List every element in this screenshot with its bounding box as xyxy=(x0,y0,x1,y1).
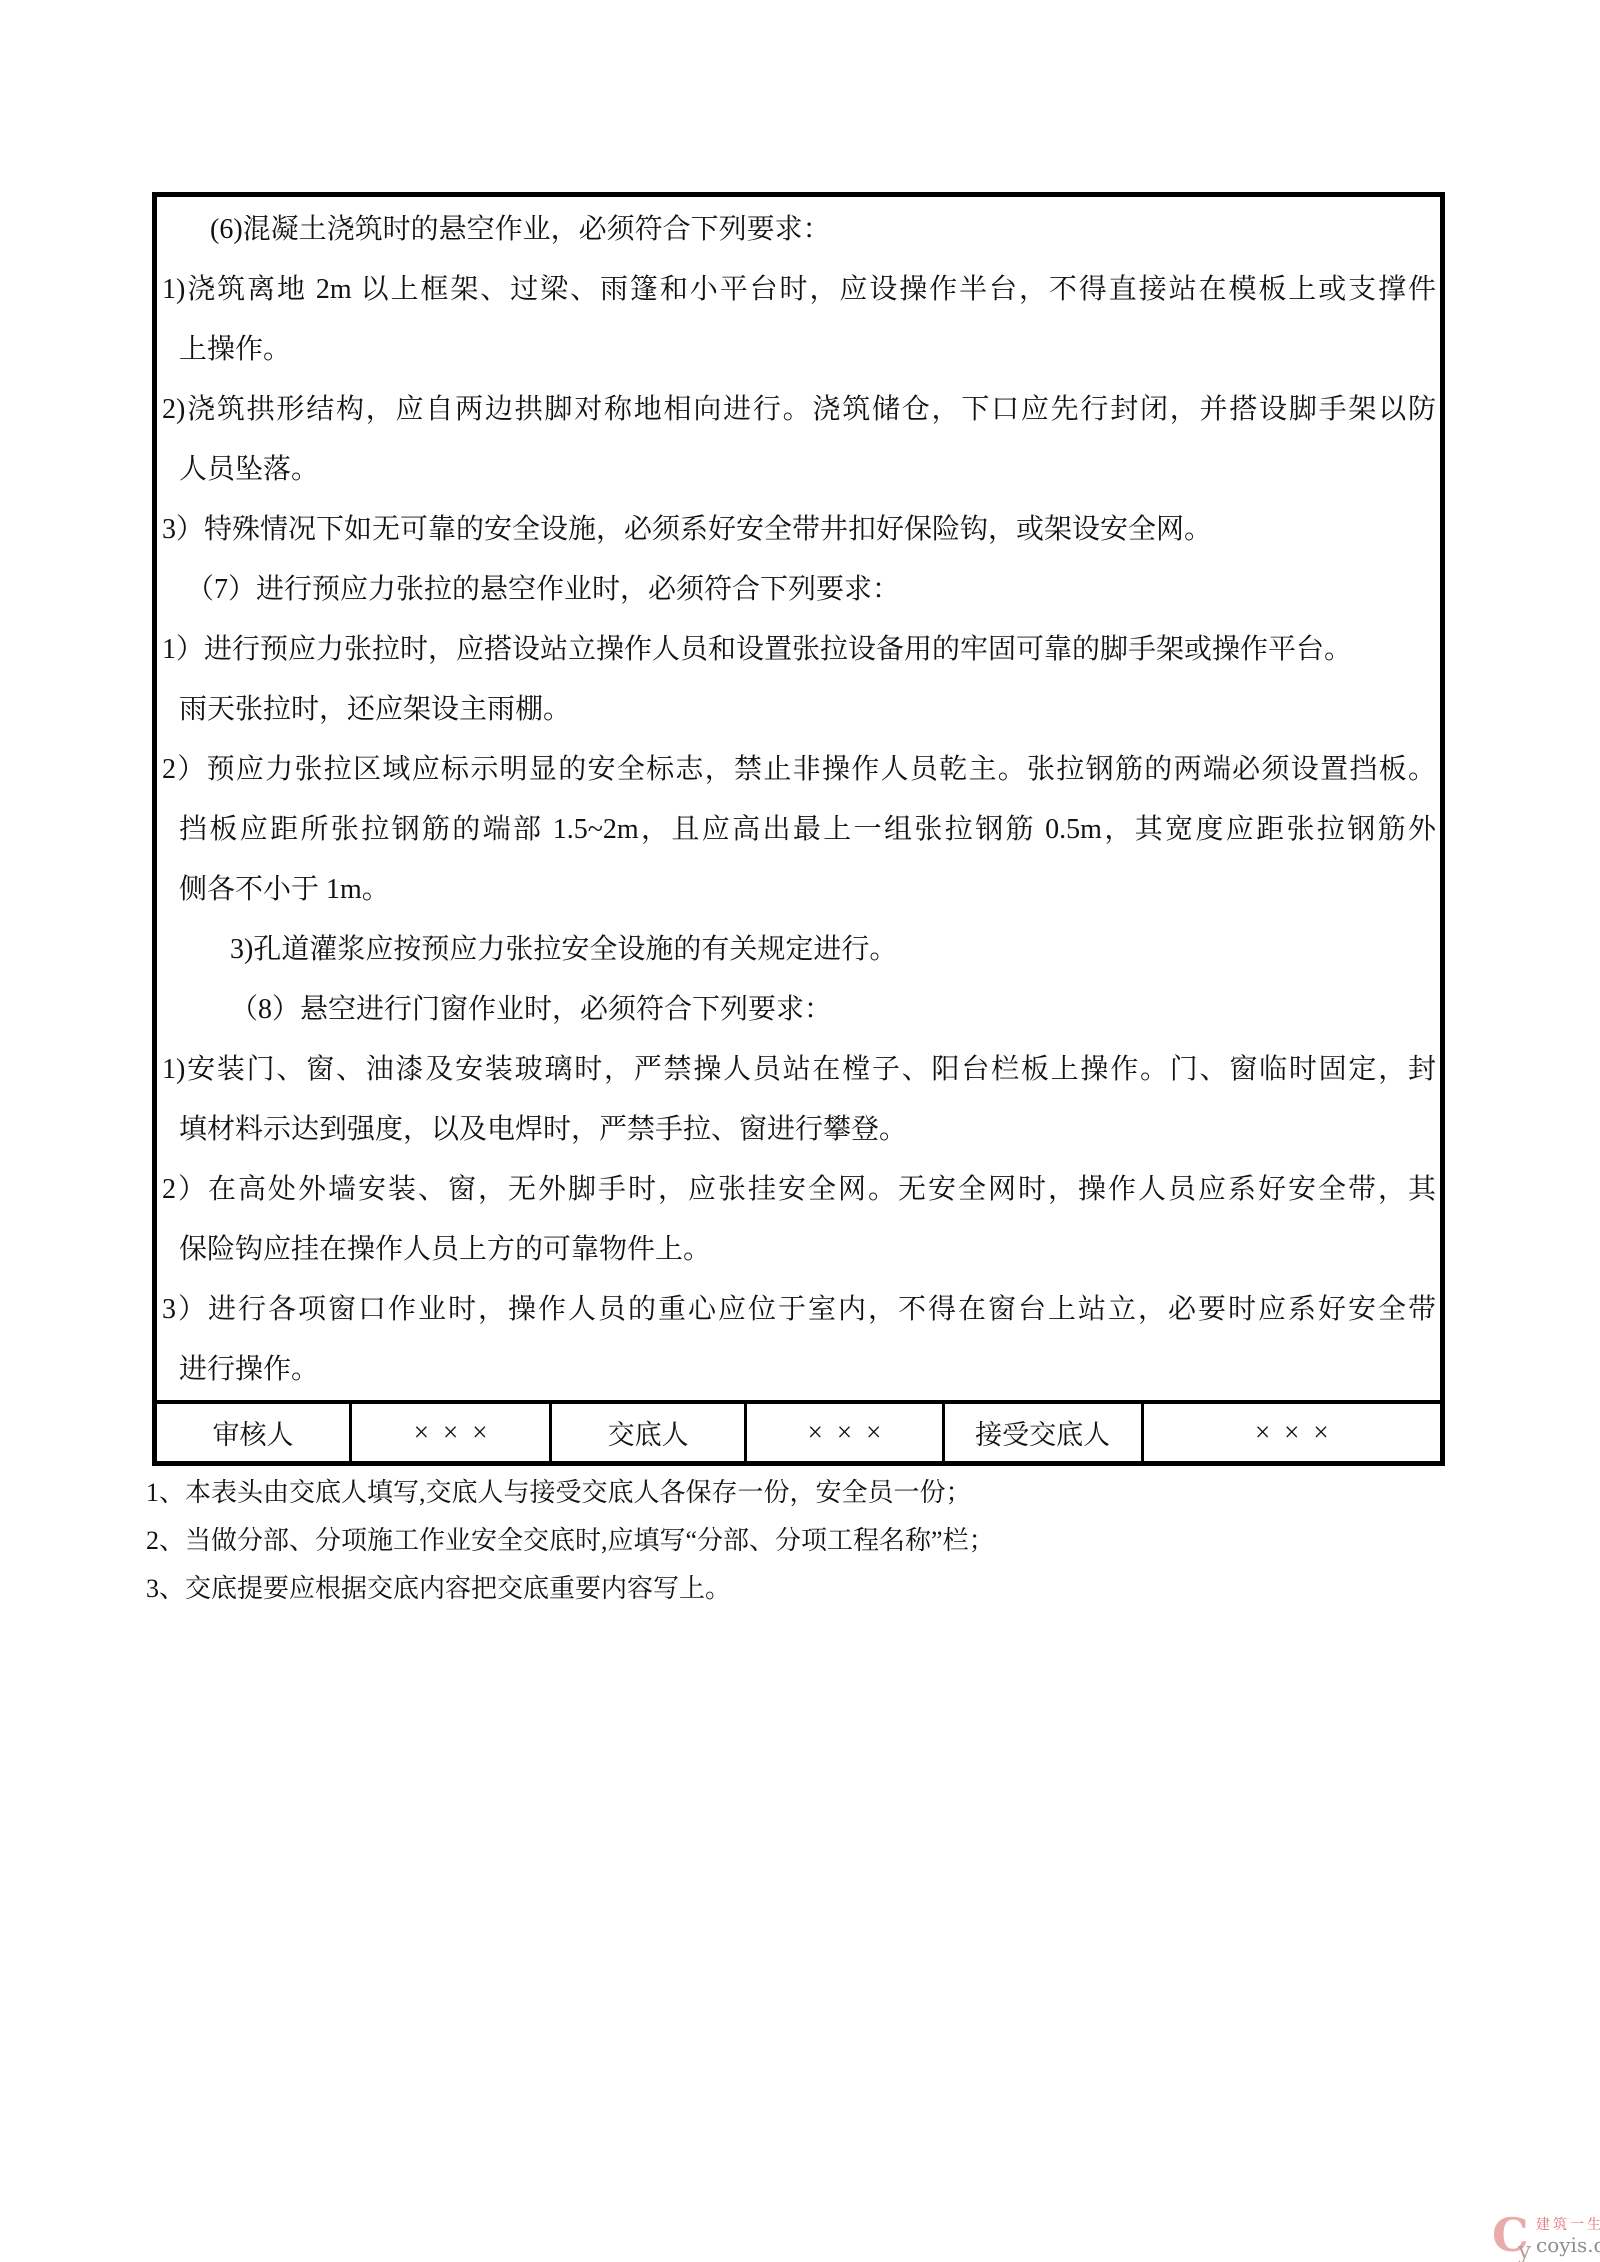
body-line: 人员坠落。 xyxy=(160,440,1436,500)
signature-cell: 接受交底人 xyxy=(945,1404,1144,1461)
body-line: 1)安装门、窗、油漆及安装玻璃时，严禁操人员站在樘子、阳台栏板上操作。门、窗临时… xyxy=(160,1040,1436,1100)
body-line: 2）预应力张拉区域应标示明显的安全标志，禁止非操作人员乾主。张拉钢筋的两端必须设… xyxy=(160,740,1436,800)
body-line: 上操作。 xyxy=(160,320,1436,380)
footnotes: 1、本表头由交底人填写,交底人与接受交底人各保存一份，安全员一份；2、当做分部、… xyxy=(146,1469,995,1613)
watermark-text: 建筑一生 coyis.com xyxy=(1536,2216,1600,2258)
document-page: (6)混凝土浇筑时的悬空作业，必须符合下列要求：1)浇筑离地 2m 以上框架、过… xyxy=(0,0,1600,2262)
body-line: 进行操作。 xyxy=(160,1340,1436,1400)
body-line: 2)浇筑拱形结构，应自两边拱脚对称地相向进行。浇筑储仓，下口应先行封闭，并搭设脚… xyxy=(160,380,1436,440)
body-line: （7）进行预应力张拉的悬空作业时，必须符合下列要求： xyxy=(160,560,1436,620)
signature-cell: 交底人 xyxy=(552,1404,747,1461)
body-line: 3)孔道灌浆应按预应力张拉安全设施的有关规定进行。 xyxy=(160,920,1436,980)
body-line: 填材料示达到强度，以及电焊时，严禁手拉、窗进行攀登。 xyxy=(160,1100,1436,1160)
body-line: 侧各不小于 1m。 xyxy=(160,860,1436,920)
footnote-line: 3、交底提要应根据交底内容把交底重要内容写上。 xyxy=(146,1565,995,1613)
watermark-brand: 建筑一生 xyxy=(1536,2216,1600,2233)
body-line: 3）特殊情况下如无可靠的安全设施，必须系好安全带井扣好保险钩，或架设安全网。 xyxy=(160,500,1436,560)
signature-cell: ××× xyxy=(747,1404,945,1461)
signature-row: 审核人×××交底人×××接受交底人××× xyxy=(157,1400,1440,1461)
body-line: (6)混凝土浇筑时的悬空作业，必须符合下列要求： xyxy=(160,200,1436,260)
table-body: (6)混凝土浇筑时的悬空作业，必须符合下列要求：1)浇筑离地 2m 以上框架、过… xyxy=(157,197,1440,1400)
body-line: 1)浇筑离地 2m 以上框架、过梁、雨篷和小平台时，应设操作半台，不得直接站在模… xyxy=(160,260,1436,320)
signature-cell: 审核人 xyxy=(157,1404,352,1461)
logo-letter-y: y xyxy=(1518,2240,1531,2262)
body-line: （8）悬空进行门窗作业时，必须符合下列要求： xyxy=(160,980,1436,1040)
body-line: 1）进行预应力张拉时，应搭设站立操作人员和设置张拉设备用的牢固可靠的脚手架或操作… xyxy=(160,620,1436,680)
safety-disclosure-table: (6)混凝土浇筑时的悬空作业，必须符合下列要求：1)浇筑离地 2m 以上框架、过… xyxy=(152,192,1445,1466)
watermark-domain: coyis.com xyxy=(1536,2233,1600,2257)
footnote-line: 2、当做分部、分项施工作业安全交底时,应填写“分部、分项工程名称”栏； xyxy=(146,1517,995,1565)
footnote-line: 1、本表头由交底人填写,交底人与接受交底人各保存一份，安全员一份； xyxy=(146,1469,995,1517)
body-line: 雨天张拉时，还应架设主雨棚。 xyxy=(160,680,1436,740)
signature-cell: ××× xyxy=(352,1404,552,1461)
body-line: 2）在高处外墙安装、窗，无外脚手时，应张挂安全网。无安全网时，操作人员应系好安全… xyxy=(160,1160,1436,1220)
signature-cell: ××× xyxy=(1144,1404,1440,1461)
watermark: C y 建筑一生 coyis.com xyxy=(1492,2212,1600,2258)
body-line: 挡板应距所张拉钢筋的端部 1.5~2m，且应高出最上一组张拉钢筋 0.5m，其宽… xyxy=(160,800,1436,860)
coyis-logo-icon: C y xyxy=(1492,2212,1528,2258)
body-line: 3）进行各项窗口作业时，操作人员的重心应位于室内，不得在窗台上站立，必要时应系好… xyxy=(160,1280,1436,1340)
body-line: 保险钩应挂在操作人员上方的可靠物件上。 xyxy=(160,1220,1436,1280)
